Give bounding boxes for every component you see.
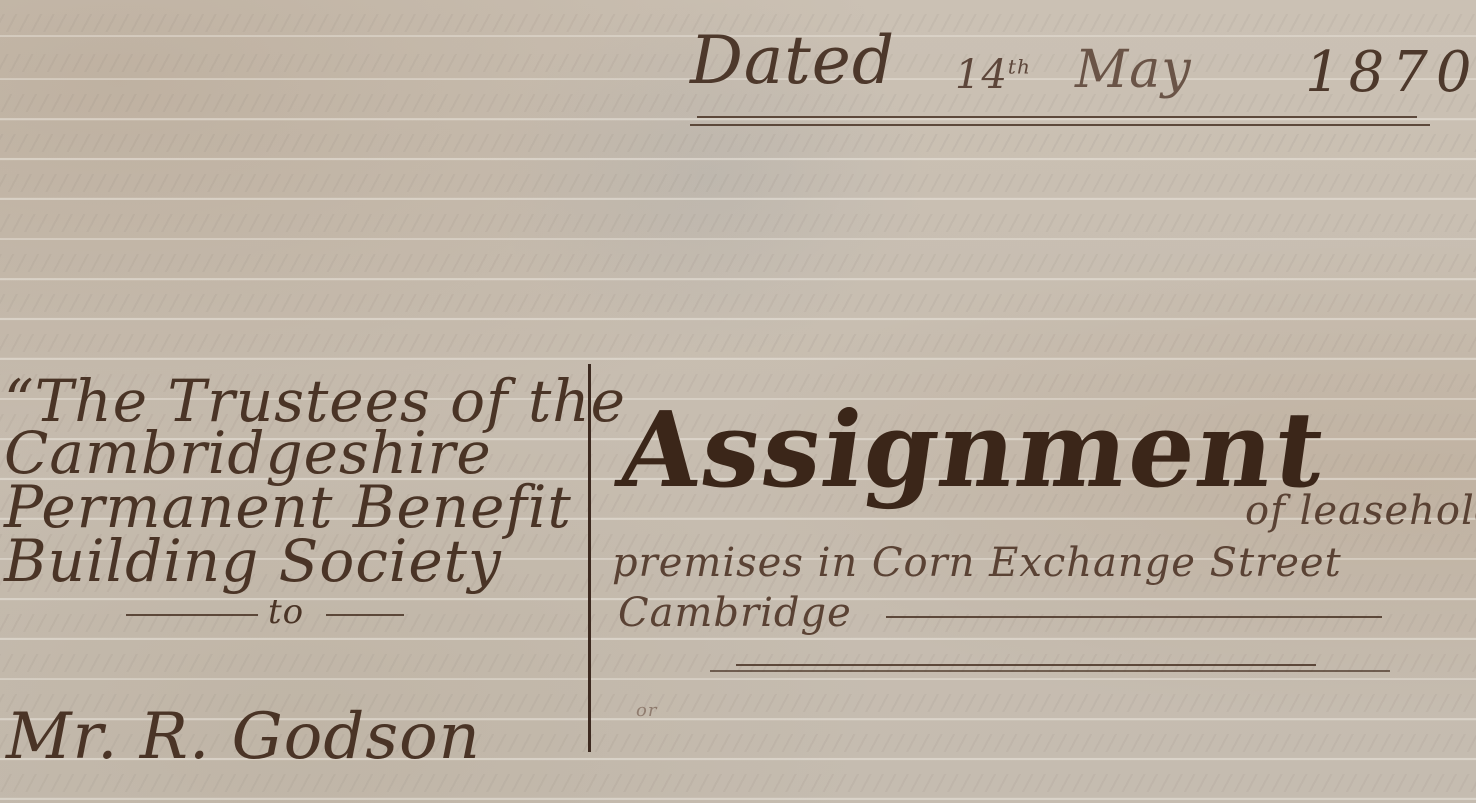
vertical-divider	[588, 364, 591, 752]
dated-underline-top	[697, 116, 1417, 118]
dated-day: 14th	[955, 52, 1031, 98]
dated-month: May	[1075, 40, 1192, 100]
connector-dash-left	[126, 614, 258, 616]
dated-underline-bottom	[690, 124, 1430, 126]
description-line-1: of leasehold	[1245, 488, 1476, 534]
grantee-name: Mr. R. Godson	[6, 700, 481, 774]
dated-label: Dated	[690, 22, 895, 99]
dated-year: 1870.	[1305, 40, 1476, 105]
description-line-2: premises in Corn Exchange Street	[612, 540, 1342, 586]
grantor-line-4: Building Society	[4, 532, 502, 590]
day-suffix: th	[1008, 55, 1031, 79]
description-underline	[886, 616, 1382, 618]
day-number: 14	[955, 52, 1008, 98]
marginal-mark: or	[636, 700, 657, 721]
closing-rule-bottom	[710, 670, 1390, 672]
closing-rule-top	[736, 664, 1316, 666]
connector-to: to	[268, 592, 304, 632]
connector-dash-right	[326, 614, 404, 616]
assignment-heading: Assignment	[611, 388, 1334, 511]
description-line-3: Cambridge	[618, 590, 852, 636]
